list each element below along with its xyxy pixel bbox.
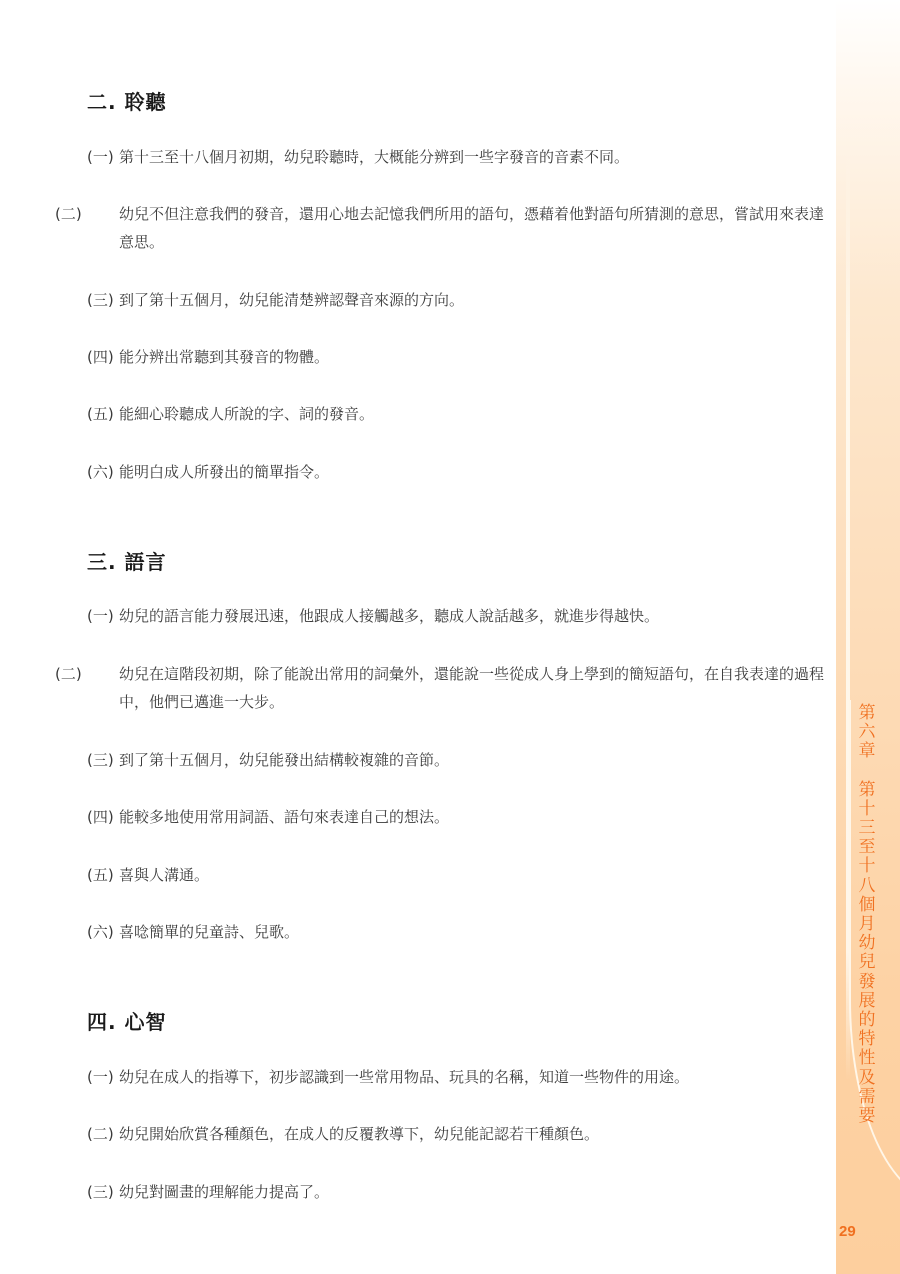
section-title-cognition: 四. 心智 xyxy=(87,1006,167,1035)
list-item: (一)第十三至十八個月初期，幼兒聆聽時，大概能分辨到一些字發音的音素不同。 xyxy=(87,143,827,171)
item-number: (四) xyxy=(87,343,119,371)
item-number: (三) xyxy=(87,746,119,774)
item-text: 幼兒不但注意我們的發音，還用心地去記憶我們所用的語句，憑藉着他對語句所猜測的意思… xyxy=(119,205,824,251)
item-text: 幼兒對圖畫的理解能力提高了。 xyxy=(119,1183,329,1201)
list-item: (一)幼兒在成人的指導下，初步認識到一些常用物品、玩具的名稱，知道一些物件的用途… xyxy=(87,1063,827,1091)
item-number: (二) xyxy=(87,200,119,228)
item-text: 能明白成人所發出的簡單指令。 xyxy=(119,463,329,481)
chapter-vertical-title: 第六章 第十三至十八個月幼兒發展的特性及需要 第六章第十三至十八個月幼兒發展的特… xyxy=(856,704,878,1126)
item-text: 到了第十五個月，幼兒能發出結構較複雜的音節。 xyxy=(119,751,449,769)
list-item: (六)能明白成人所發出的簡單指令。 xyxy=(87,458,827,486)
item-text: 幼兒的語言能力發展迅速，他跟成人接觸越多，聽成人說話越多，就進步得越快。 xyxy=(119,607,659,625)
item-number: (六) xyxy=(87,918,119,946)
list-item: (二)幼兒開始欣賞各種顏色，在成人的反覆教導下，幼兒能記認若干種顏色。 xyxy=(87,1120,827,1148)
item-number: (二) xyxy=(87,660,119,688)
item-number: (四) xyxy=(87,803,119,831)
list-item: (三)幼兒對圖畫的理解能力提高了。 xyxy=(87,1178,827,1206)
vertical-title-characters: 第六章第十三至十八個月幼兒發展的特性及需要 xyxy=(856,704,878,1126)
item-number: (二) xyxy=(87,1120,119,1148)
item-text: 能分辨出常聽到其發音的物體。 xyxy=(119,348,329,366)
item-text: 到了第十五個月，幼兒能清楚辨認聲音來源的方向。 xyxy=(119,291,464,309)
item-text: 幼兒開始欣賞各種顏色，在成人的反覆教導下，幼兒能記認若干種顏色。 xyxy=(119,1125,599,1143)
section-title-listening: 二. 聆聽 xyxy=(87,86,167,115)
page-number: 29 xyxy=(839,1223,856,1240)
item-text: 能細心聆聽成人所說的字、詞的發音。 xyxy=(119,405,374,423)
item-number: (五) xyxy=(87,861,119,889)
list-item: (三)到了第十五個月，幼兒能清楚辨認聲音來源的方向。 xyxy=(87,286,827,314)
section-title-language: 三. 語言 xyxy=(87,546,167,575)
list-item: (五)喜與人溝通。 xyxy=(87,861,827,889)
item-number: (五) xyxy=(87,400,119,428)
item-number: (一) xyxy=(87,143,119,171)
item-text: 能較多地使用常用詞語、語句來表達自己的想法。 xyxy=(119,808,449,826)
item-number: (一) xyxy=(87,602,119,630)
list-item: (二)幼兒不但注意我們的發音，還用心地去記憶我們所用的語句，憑藉着他對語句所猜測… xyxy=(87,200,827,256)
item-text: 喜與人溝通。 xyxy=(119,866,209,884)
list-item: (四)能分辨出常聽到其發音的物體。 xyxy=(87,343,827,371)
item-text: 喜唸簡單的兒童詩、兒歌。 xyxy=(119,923,299,941)
list-item: (一)幼兒的語言能力發展迅速，他跟成人接觸越多，聽成人說話越多，就進步得越快。 xyxy=(87,602,827,630)
item-number: (三) xyxy=(87,1178,119,1206)
item-text: 幼兒在成人的指導下，初步認識到一些常用物品、玩具的名稱，知道一些物件的用途。 xyxy=(119,1068,689,1086)
item-number: (三) xyxy=(87,286,119,314)
list-item: (五)能細心聆聽成人所說的字、詞的發音。 xyxy=(87,400,827,428)
item-text: 第十三至十八個月初期，幼兒聆聽時，大概能分辨到一些字發音的音素不同。 xyxy=(119,148,629,166)
list-item: (二)幼兒在這階段初期，除了能說出常用的詞彙外，還能說一些從成人身上學到的簡短語… xyxy=(87,660,827,716)
list-item: (六)喜唸簡單的兒童詩、兒歌。 xyxy=(87,918,827,946)
document-page: 第六章 第十三至十八個月幼兒發展的特性及需要 第六章第十三至十八個月幼兒發展的特… xyxy=(0,0,900,1274)
item-text: 幼兒在這階段初期，除了能說出常用的詞彙外，還能說一些從成人身上學到的簡短語句，在… xyxy=(119,665,824,711)
list-item: (四)能較多地使用常用詞語、語句來表達自己的想法。 xyxy=(87,803,827,831)
list-item: (三)到了第十五個月，幼兒能發出結構較複雜的音節。 xyxy=(87,746,827,774)
item-number: (一) xyxy=(87,1063,119,1091)
item-number: (六) xyxy=(87,458,119,486)
